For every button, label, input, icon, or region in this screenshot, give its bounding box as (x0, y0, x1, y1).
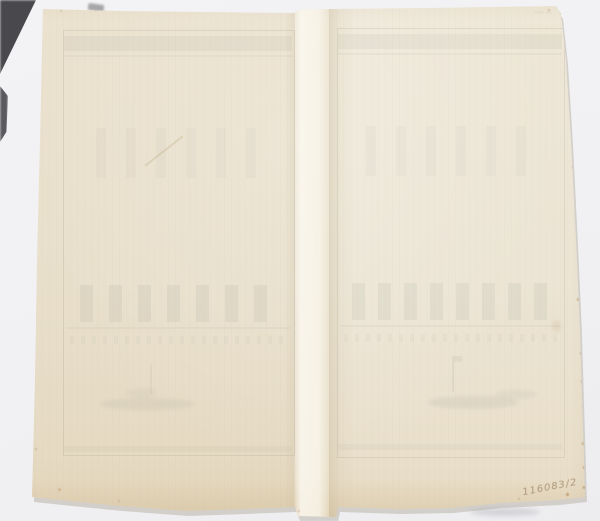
balustrade-dash-right (344, 334, 348, 342)
upper-window-right (426, 126, 436, 176)
balustrade-dash-left (158, 336, 162, 344)
balustrade-dash-right (443, 334, 447, 342)
balustrade-dash-right (432, 334, 436, 342)
balustrade-dash-left (103, 336, 107, 344)
upper-window-right (396, 126, 406, 176)
background-smudge (470, 508, 540, 516)
upper-window-right (456, 126, 466, 176)
balustrade-dash-left (191, 336, 195, 344)
balustrade-dash-right (377, 334, 381, 342)
balustrade-dash-right (410, 334, 414, 342)
upper-window-right (366, 126, 376, 176)
balustrade-dash-right (498, 334, 502, 342)
foxing-spot (33, 338, 35, 340)
foxing-spot (58, 488, 61, 491)
mid-window-left (196, 285, 209, 322)
mid-window-right (482, 283, 495, 320)
mid-window-left (138, 285, 151, 322)
balustrade-dash-left (224, 336, 228, 344)
balustrade-dash-left (169, 336, 173, 344)
foxing-spot (574, 148, 576, 150)
mid-window-right (404, 283, 417, 320)
bottom-band-right (338, 444, 562, 450)
upper-window-left (126, 128, 136, 178)
balustrade-dash-left (136, 336, 140, 344)
flag-right (454, 356, 462, 362)
paper-sheet: ····· ··· 116083/2 (0, 0, 600, 521)
balustrade-dash-right (520, 334, 524, 342)
mid-window-right (508, 283, 521, 320)
balustrade-dash-left (92, 336, 96, 344)
balustrade-dash-right (465, 334, 469, 342)
balustrade-dash-right (487, 334, 491, 342)
balustrade-dash-left (81, 336, 85, 344)
backdrop-dark-wedge (0, 86, 8, 142)
foxing-spot (60, 10, 62, 12)
balustrade-dash-right (388, 334, 392, 342)
upper-window-left (96, 128, 106, 178)
balustrade-dash-left (125, 336, 129, 344)
upper-window-left (246, 128, 256, 178)
balustrade-dash-right (531, 334, 535, 342)
balustrade-dash-right (476, 334, 480, 342)
balustrade-dash-right (509, 334, 513, 342)
balustrade-dash-right (553, 334, 557, 342)
plate-border-left (63, 30, 295, 456)
boat-mast-left (150, 364, 152, 394)
mid-window-left (80, 285, 93, 322)
foxing-spot (118, 500, 120, 502)
mid-window-left (109, 285, 122, 322)
balustrade-dash-left (180, 336, 184, 344)
balustrade-dash-left (147, 336, 151, 344)
inscription-top-right: ····· ··· (534, 10, 552, 17)
showthrough-layer (0, 0, 600, 521)
foxing-spot (566, 493, 569, 496)
balustrade-dash-right (542, 334, 546, 342)
mid-window-right (378, 283, 391, 320)
balustrade-dash-left (279, 336, 283, 344)
balustrade-dash-left (235, 336, 239, 344)
foxing-spot (572, 46, 574, 48)
foxing-spot (298, 510, 300, 512)
stain (552, 320, 561, 332)
upper-window-left (186, 128, 196, 178)
mid-window-right (456, 283, 469, 320)
boat-hull-right-2 (495, 390, 537, 399)
balustrade-dash-right (399, 334, 403, 342)
mid-window-left (225, 285, 238, 322)
mid-window-left (167, 285, 180, 322)
foxing-spot (573, 116, 577, 120)
balustrade-dash-left (246, 336, 250, 344)
balustrade-dash-right (421, 334, 425, 342)
backdrop-dark-corner (0, 0, 40, 80)
balustrade-dash-right (366, 334, 370, 342)
balustrade-dash-left (213, 336, 217, 344)
foxing-spot (560, 12, 562, 14)
photo-background: ····· ··· 116083/2 (0, 0, 600, 521)
foxing-spot (37, 64, 39, 66)
bottom-band-left (64, 446, 292, 452)
balustrade-dash-right (454, 334, 458, 342)
balustrade-dash-right (355, 334, 359, 342)
mid-window-left (254, 285, 267, 322)
foxing-spot (566, 20, 569, 23)
balustrade-dash-left (268, 336, 272, 344)
foxing-spot (570, 86, 573, 89)
boat-hull-left (100, 398, 195, 410)
mid-window-right (430, 283, 443, 320)
upper-window-right (486, 126, 496, 176)
upper-window-left (216, 128, 226, 178)
foxing-spot (35, 448, 37, 450)
balustrade-dash-left (70, 336, 74, 344)
foxing-spot (577, 212, 579, 214)
sill-line-left (66, 327, 290, 329)
upper-window-right (516, 126, 526, 176)
foxing-spot (518, 498, 520, 500)
mid-window-right (352, 283, 365, 320)
balustrade-dash-left (202, 336, 206, 344)
sill-line-right (340, 325, 560, 327)
foxing-spot (34, 208, 36, 210)
balustrade-dash-left (257, 336, 261, 344)
mid-window-right (534, 283, 547, 320)
balustrade-dash-left (114, 336, 118, 344)
